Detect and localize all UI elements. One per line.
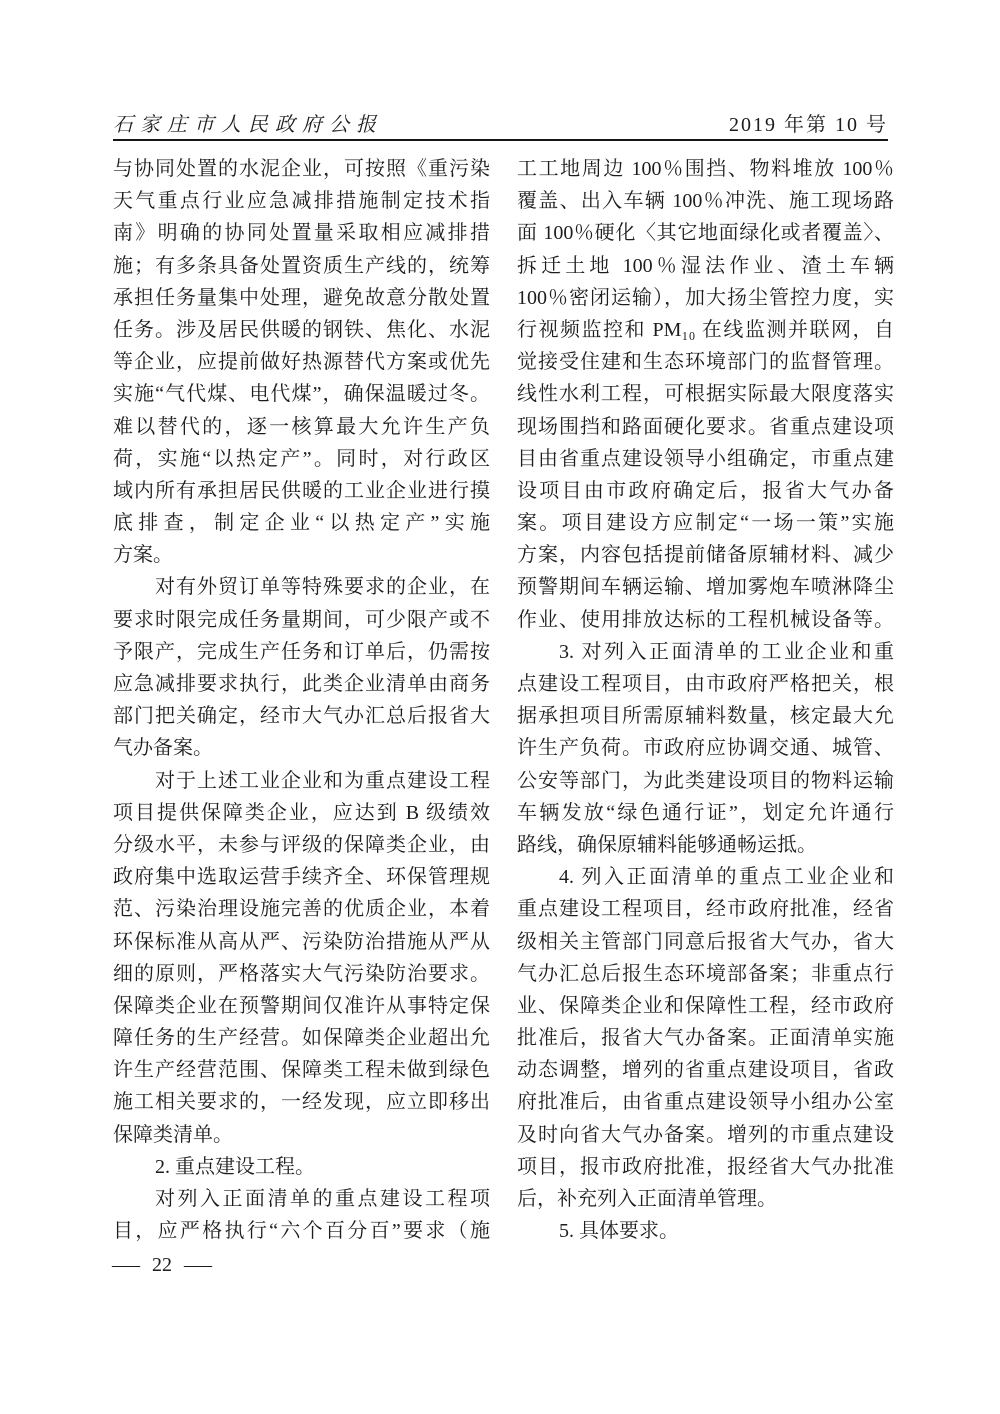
text-line: 公安等部门，为此类建设项目的物料运输 xyxy=(517,765,894,797)
text-line: 气办备案。 xyxy=(113,732,490,764)
text-line: 工工地周边 100％围挡、物料堆放 100％ xyxy=(517,153,894,185)
text-line: 域内所有承担居民供暖的工业企业进行摸 xyxy=(113,475,490,507)
text-line: 项目，报市政府批准，报经省大气办批准 xyxy=(517,1151,894,1183)
text-line: 5. 具体要求。 xyxy=(517,1215,894,1247)
gazette-title: 石家庄市人民政府公报 xyxy=(113,108,383,137)
text-line: 案。项目建设方应制定“一场一策”实施 xyxy=(517,507,894,539)
text-line: 底排查，制定企业“以热定产”实施 xyxy=(113,507,490,539)
page-footer: — 22 — xyxy=(116,1254,208,1277)
issue-number: 2019 年第 10 号 xyxy=(729,108,888,137)
text-line: 据承担项目所需原辅料数量，核定最大允 xyxy=(517,700,894,732)
text-line: 施工相关要求的，一经发现，应立即移出 xyxy=(113,1086,490,1118)
text-line: 业、保障类企业和保障性工程，经市政府 xyxy=(517,990,894,1022)
text-line: 路线，确保原辅料能够通畅运抵。 xyxy=(517,829,894,861)
text-line: 南》明确的协同处置量采取相应减排措 xyxy=(113,217,490,249)
gazette-page: 石家庄市人民政府公报 2019 年第 10 号 与协同处置的水泥企业，可按照《重… xyxy=(0,0,1000,1414)
text-line: 点建设工程项目，由市政府严格把关，根 xyxy=(517,668,894,700)
text-line: 许生产经营范围、保障类工程未做到绿色 xyxy=(113,1054,490,1086)
text-line: 方案，内容包括提前储备原辅材料、减少 xyxy=(517,539,894,571)
text-line: 觉接受住建和生态环境部门的监督管理。 xyxy=(517,346,894,378)
page-number: 22 xyxy=(152,1254,172,1277)
text-line: 分级水平，未参与评级的保障类企业，由 xyxy=(113,829,490,861)
text-line: 与协同处置的水泥企业，可按照《重污染 xyxy=(113,153,490,185)
text-line: 范、污染治理设施完善的优质企业，本着 xyxy=(113,893,490,925)
text-line: 天气重点行业应急减排措施制定技术指 xyxy=(113,185,490,217)
text-line: 许生产负荷。市政府应协调交通、城管、 xyxy=(517,732,894,764)
text-line: 目，应严格执行“六个百分百”要求（施 xyxy=(113,1215,490,1247)
page-body: 与协同处置的水泥企业，可按照《重污染天气重点行业应急减排措施制定技术指南》明确的… xyxy=(113,153,894,1247)
text-line: 实施“气代煤、电代煤”，确保温暖过冬。 xyxy=(113,378,490,410)
text-line: 方案。 xyxy=(113,539,490,571)
text-line: 对于上述工业企业和为重点建设工程 xyxy=(113,765,490,797)
footer-right-dash: — xyxy=(184,1254,212,1277)
text-line: 后，补充列入正面清单管理。 xyxy=(517,1183,894,1215)
text-line: 行视频监控和 PM₁₀ 在线监测并联网，自 xyxy=(517,314,894,346)
text-line: 部门把关确定，经市大气办汇总后报省大 xyxy=(113,700,490,732)
text-line: 项目提供保障类企业，应达到 B 级绩效 xyxy=(113,797,490,829)
text-line: 覆盖、出入车辆 100％冲洗、施工现场路 xyxy=(517,185,894,217)
text-line: 预警期间车辆运输、增加雾炮车喷淋降尘 xyxy=(517,571,894,603)
text-line: 批准后，报省大气办备案。正面清单实施 xyxy=(517,1022,894,1054)
text-line: 对有外贸订单等特殊要求的企业，在 xyxy=(113,571,490,603)
text-line: 3. 对列入正面清单的工业企业和重 xyxy=(517,636,894,668)
text-line: 级相关主管部门同意后报省大气办，省大 xyxy=(517,926,894,958)
text-line: 政府集中选取运营手续齐全、环保管理规 xyxy=(113,861,490,893)
text-line: 施；有多条具备处置资质生产线的，统筹 xyxy=(113,250,490,282)
footer-left-dash: — xyxy=(112,1254,140,1277)
text-line: 及时向省大气办备案。增列的市重点建设 xyxy=(517,1119,894,1151)
text-line: 细的原则，严格落实大气污染防治要求。 xyxy=(113,958,490,990)
text-line: 4. 列入正面清单的重点工业企业和 xyxy=(517,861,894,893)
text-line: 障任务的生产经营。如保障类企业超出允 xyxy=(113,1022,490,1054)
text-line: 气办汇总后报生态环境部备案；非重点行 xyxy=(517,958,894,990)
text-line: 线性水利工程，可根据实际最大限度落实 xyxy=(517,378,894,410)
text-line: 应急减排要求执行，此类企业清单由商务 xyxy=(113,668,490,700)
text-line: 车辆发放“绿色通行证”，划定允许通行 xyxy=(517,797,894,829)
text-line: 面 100％硬化〈其它地面绿化或者覆盖〉、 xyxy=(517,217,894,249)
text-line: 承担任务量集中处理，避免故意分散处置 xyxy=(113,282,490,314)
text-line: 2. 重点建设工程。 xyxy=(113,1151,490,1183)
text-line: 任务。涉及居民供暖的钢铁、焦化、水泥 xyxy=(113,314,490,346)
text-line: 对列入正面清单的重点建设工程项 xyxy=(113,1183,490,1215)
text-line: 重点建设工程项目，经市政府批准，经省 xyxy=(517,893,894,925)
text-line: 环保标准从高从严、污染防治措施从严从 xyxy=(113,926,490,958)
text-line: 作业、使用排放达标的工程机械设备等。 xyxy=(517,604,894,636)
page-header: 石家庄市人民政府公报 2019 年第 10 号 xyxy=(113,108,888,137)
text-line: 等企业，应提前做好热源替代方案或优先 xyxy=(113,346,490,378)
text-line: 目由省重点建设领导小组确定，市重点建 xyxy=(517,443,894,475)
text-line: 现场围挡和路面硬化要求。省重点建设项 xyxy=(517,411,894,443)
text-line: 拆迁土地 100％湿法作业、渣土车辆 xyxy=(517,250,894,282)
left-column: 与协同处置的水泥企业，可按照《重污染天气重点行业应急减排措施制定技术指南》明确的… xyxy=(113,153,490,1247)
text-line: 府批准后，由省重点建设领导小组办公室 xyxy=(517,1086,894,1118)
text-line: 要求时限完成任务量期间，可少限产或不 xyxy=(113,604,490,636)
text-line: 动态调整，增列的省重点建设项目，省政 xyxy=(517,1054,894,1086)
text-line: 设项目由市政府确定后，报省大气办备 xyxy=(517,475,894,507)
text-line: 保障类清单。 xyxy=(113,1119,490,1151)
text-line: 予限产，完成生产任务和订单后，仍需按 xyxy=(113,636,490,668)
text-line: 荷，实施“以热定产”。同时，对行政区 xyxy=(113,443,490,475)
text-line: 100％密闭运输），加大扬尘管控力度，实 xyxy=(517,282,894,314)
text-line: 保障类企业在预警期间仅准许从事特定保 xyxy=(113,990,490,1022)
text-line: 难以替代的，逐一核算最大允许生产负 xyxy=(113,411,490,443)
header-divider xyxy=(113,139,888,141)
right-column: 工工地周边 100％围挡、物料堆放 100％覆盖、出入车辆 100％冲洗、施工现… xyxy=(517,153,894,1247)
